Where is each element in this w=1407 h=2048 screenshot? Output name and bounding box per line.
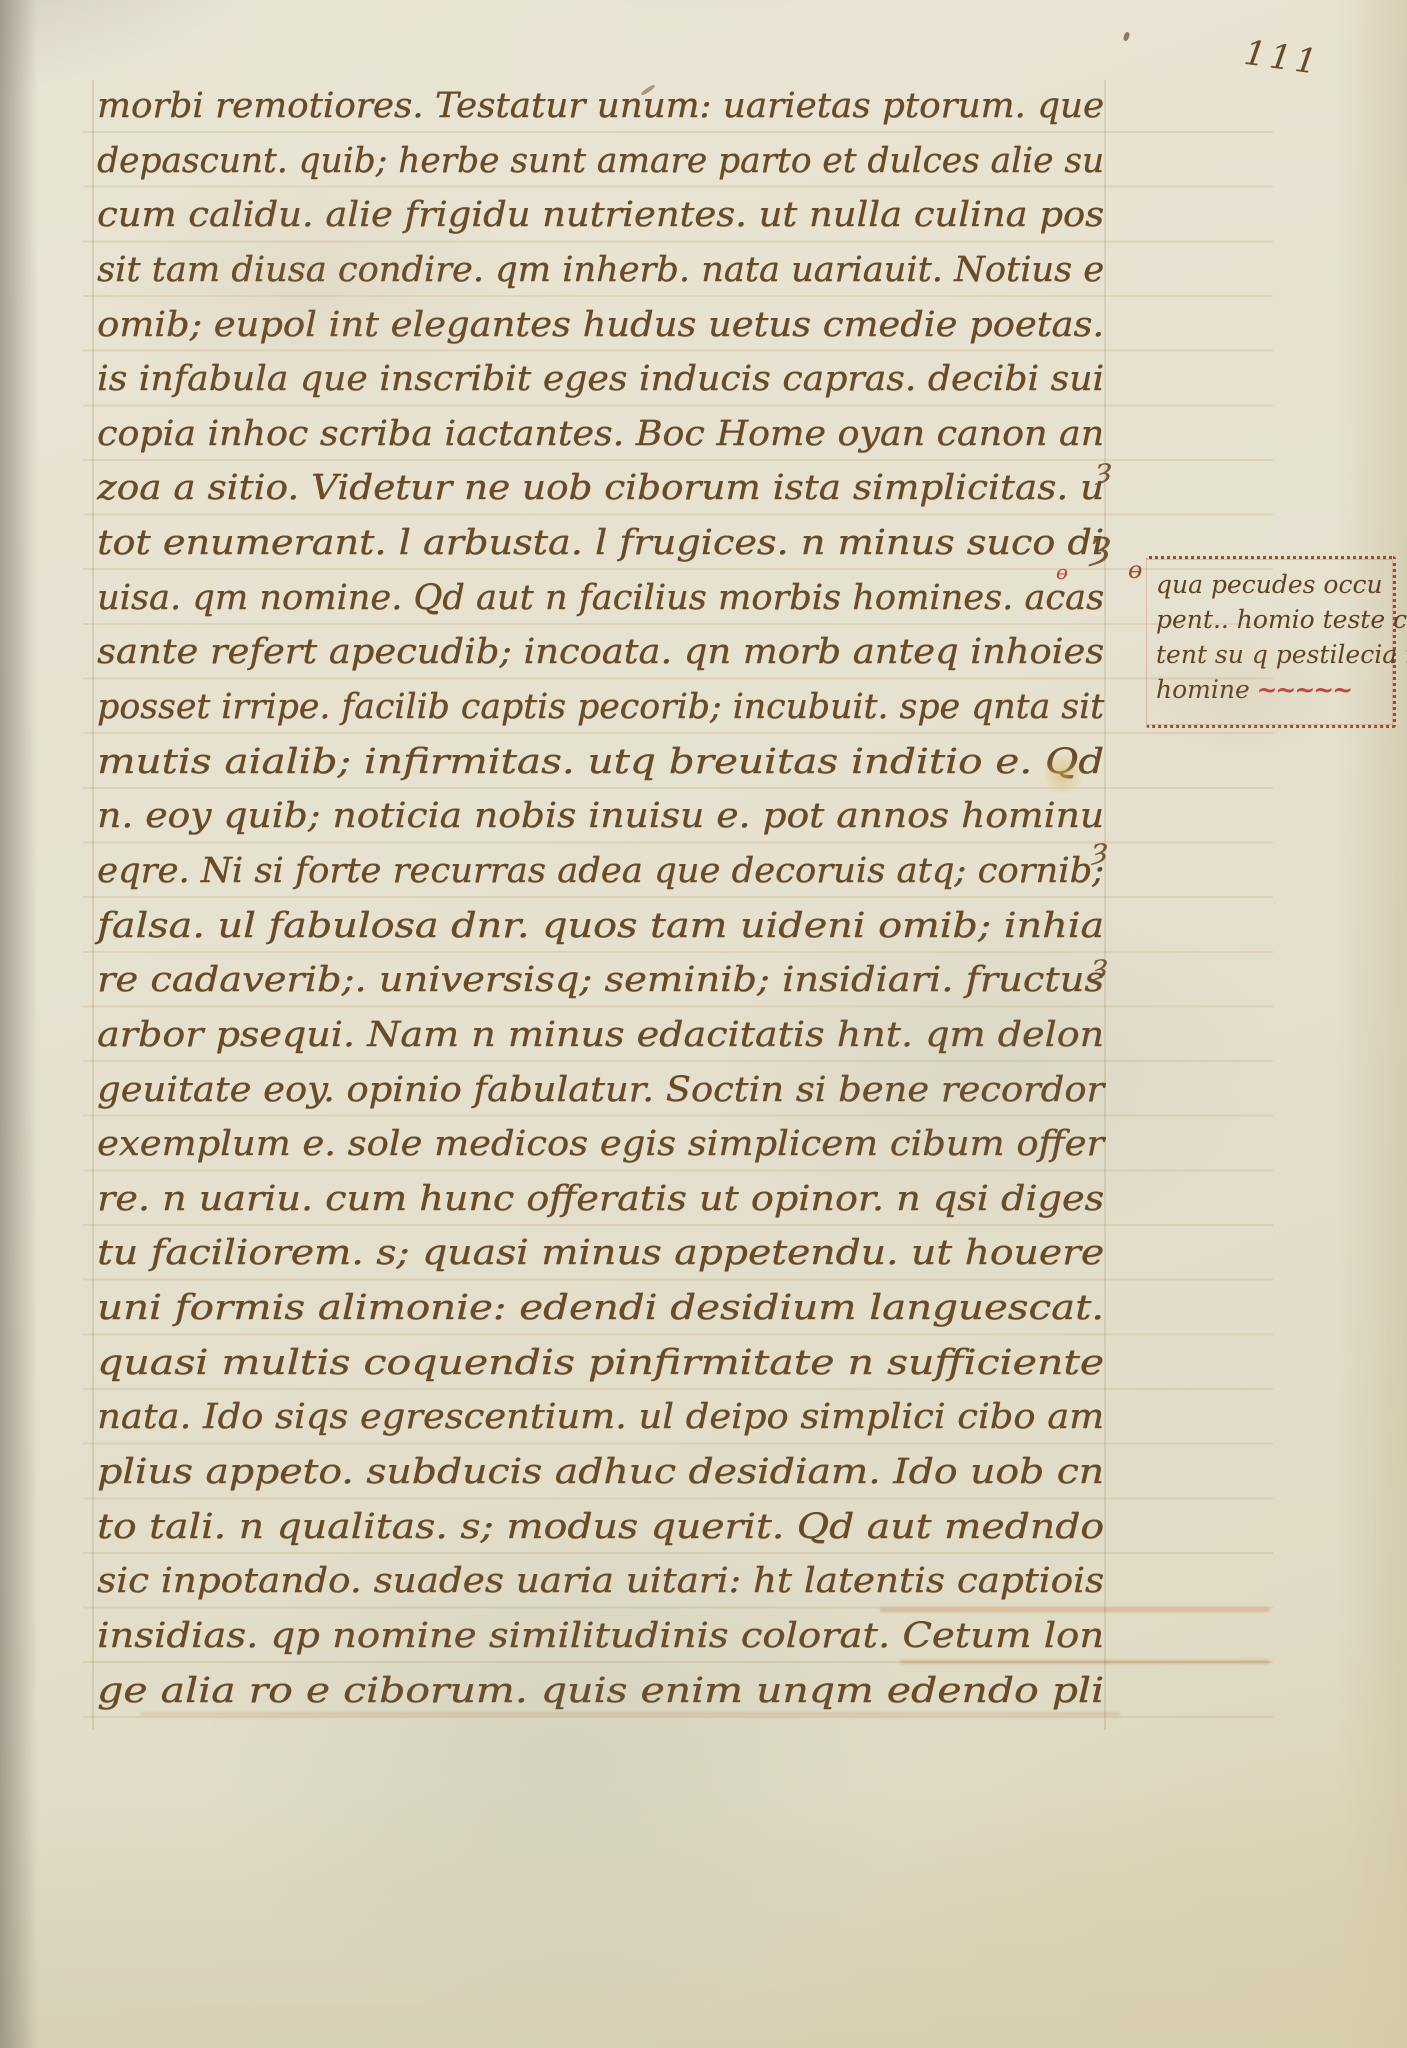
- text-line: mutis aialib; infirmitas. utq breuitas i…: [97, 742, 1104, 782]
- text-row: arbor psequi. Nam n minus edacitatis hnt…: [97, 1015, 1104, 1070]
- text-row: uisa. qm nomine. Qd aut n facilius morbi…: [97, 578, 1104, 633]
- text-line: morbi remotiores. Testatur unum: uarieta…: [97, 86, 1104, 126]
- text-row: tot enumerant. l arbusta. l frugices. n …: [97, 523, 1104, 578]
- text-line: ge alia ro e ciborum. quis enim unqm ede…: [97, 1671, 1104, 1711]
- text-line: re cadaverib;. universisq; seminib; insi…: [97, 960, 1104, 1000]
- text-row: sit tam diusa condire. qm inherb. nata u…: [97, 250, 1104, 305]
- text-row: zoa a sitio. Videtur ne uob ciborum ista…: [97, 468, 1104, 523]
- text-line: sic inpotando. suades uaria uitari: ht l…: [97, 1561, 1104, 1601]
- text-line: geuitate eoy. opinio fabulatur. Soctin s…: [97, 1070, 1104, 1110]
- text-row: falsa. ul fabulosa dnr. quos tam uideni …: [97, 906, 1104, 961]
- text-row: re. n uariu. cum hunc offeratis ut opino…: [97, 1179, 1104, 1234]
- text-line: tu faciliorem. s; quasi minus appetendu.…: [97, 1233, 1104, 1273]
- text-row: ge alia ro e ciborum. quis enim unqm ede…: [97, 1671, 1104, 1726]
- text-row: posset irripe. facilib captis pecorib; i…: [97, 687, 1104, 742]
- line-end-flourish: ȝ: [1092, 948, 1108, 983]
- red-squiggle: ~~~~~: [1250, 675, 1351, 704]
- ink-speck: [1123, 31, 1131, 41]
- text-row: to tali. n qualitas. s; modus querit. Qd…: [97, 1507, 1104, 1562]
- folio-number: 111: [1242, 33, 1324, 83]
- text-line: depascunt. quib; herbe sunt amare parto …: [97, 141, 1104, 181]
- text-row: n. eoy quib; noticia nobis inuisu e. pot…: [97, 796, 1104, 851]
- text-row: mutis aialib; infirmitas. utq breuitas i…: [97, 742, 1104, 797]
- text-line: omib; eupol int elegantes hudus uetus cm…: [97, 305, 1104, 345]
- text-line: quasi multis coquendis pinfirmitate n su…: [97, 1343, 1104, 1383]
- text-row: nata. Ido siqs egrescentium. ul deipo si…: [97, 1397, 1104, 1452]
- text-row: depascunt. quib; herbe sunt amare parto …: [97, 141, 1104, 196]
- yellow-smudge: [1042, 752, 1084, 796]
- inline-renvoi-mark: ɵ: [1056, 560, 1068, 584]
- text-row: quasi multis coquendis pinfirmitate n su…: [97, 1343, 1104, 1398]
- margin-note-line: homine ~~~~~: [1156, 672, 1387, 707]
- text-line: uisa. qm nomine. Qd aut n facilius morbi…: [97, 578, 1104, 618]
- text-row: tu faciliorem. s; quasi minus appetendu.…: [97, 1233, 1104, 1288]
- line-end-flourish: ȝ: [1090, 522, 1111, 568]
- text-line: uni formis alimonie: edendi desidium lan…: [97, 1288, 1104, 1328]
- text-line: sit tam diusa condire. qm inherb. nata u…: [97, 250, 1104, 290]
- text-line: n. eoy quib; noticia nobis inuisu e. pot…: [97, 796, 1104, 836]
- text-row: eqre. Ni si forte recurras adea que deco…: [97, 851, 1104, 906]
- text-line: posset irripe. facilib captis pecorib; i…: [97, 687, 1104, 727]
- text-line: nata. Ido siqs egrescentium. ul deipo si…: [97, 1397, 1104, 1437]
- text-row: is infabula que inscribit eges inducis c…: [97, 359, 1104, 414]
- text-line: plius appeto. subducis adhuc desidiam. I…: [97, 1452, 1104, 1492]
- ruling-vertical-left: [92, 80, 94, 1730]
- text-line: re. n uariu. cum hunc offeratis ut opino…: [97, 1179, 1104, 1219]
- text-line: copia inhoc scriba iactantes. Boc Home o…: [97, 414, 1104, 454]
- line-end-flourish: ȝ: [1096, 452, 1112, 487]
- text-row: sante refert apecudib; incoata. qn morb …: [97, 632, 1104, 687]
- rust-ruling-stroke: [140, 1712, 1120, 1716]
- text-line: falsa. ul fabulosa dnr. quos tam uideni …: [97, 906, 1104, 946]
- text-row: uni formis alimonie: edendi desidium lan…: [97, 1288, 1104, 1343]
- text-line: arbor psequi. Nam n minus edacitatis hnt…: [97, 1015, 1104, 1055]
- text-row: geuitate eoy. opinio fabulatur. Soctin s…: [97, 1070, 1104, 1125]
- text-line: exemplum e. sole medicos egis simplicem …: [97, 1124, 1104, 1164]
- ruling-vertical-right: [1104, 80, 1106, 1730]
- text-row: exemplum e. sole medicos egis simplicem …: [97, 1124, 1104, 1179]
- text-row: omib; eupol int elegantes hudus uetus cm…: [97, 305, 1104, 360]
- text-row: morbi remotiores. Testatur unum: uarieta…: [97, 86, 1104, 141]
- text-row: plius appeto. subducis adhuc desidiam. I…: [97, 1452, 1104, 1507]
- margin-note-line: pent.. homio teste co: [1156, 602, 1387, 637]
- rust-ruling-stroke: [900, 1660, 1270, 1664]
- line-end-flourish: ȝ: [1092, 832, 1108, 867]
- text-line: tot enumerant. l arbusta. l frugices. n …: [97, 523, 1104, 563]
- text-line: is infabula que inscribit eges inducis c…: [97, 359, 1104, 399]
- text-line: cum calidu. alie frigidu nutrientes. ut …: [97, 195, 1104, 235]
- text-line: sante refert apecudib; incoata. qn morb …: [97, 632, 1104, 672]
- text-row: copia inhoc scriba iactantes. Boc Home o…: [97, 414, 1104, 469]
- text-line: zoa a sitio. Videtur ne uob ciborum ista…: [97, 468, 1104, 508]
- margin-note-line: qua pecudes occu: [1156, 567, 1387, 602]
- manuscript-page: 111 morbi remotiores. Testatur unum: uar…: [0, 0, 1407, 2048]
- renvoi-mark: ɵ: [1128, 556, 1142, 584]
- text-row: cum calidu. alie frigidu nutrientes. ut …: [97, 195, 1104, 250]
- text-line: to tali. n qualitas. s; modus querit. Qd…: [97, 1507, 1104, 1547]
- text-row: re cadaverib;. universisq; seminib; insi…: [97, 960, 1104, 1015]
- margin-note: qua pecudes occupent.. homio teste coten…: [1146, 556, 1396, 728]
- text-line: insidias. qp nomine similitudinis colora…: [97, 1616, 1104, 1656]
- text-block: morbi remotiores. Testatur unum: uarieta…: [97, 86, 1104, 1731]
- rust-ruling-stroke: [880, 1608, 1270, 1612]
- margin-note-line: tent su q pestilecia i: [1156, 637, 1387, 672]
- text-line: eqre. Ni si forte recurras adea que deco…: [97, 851, 1104, 891]
